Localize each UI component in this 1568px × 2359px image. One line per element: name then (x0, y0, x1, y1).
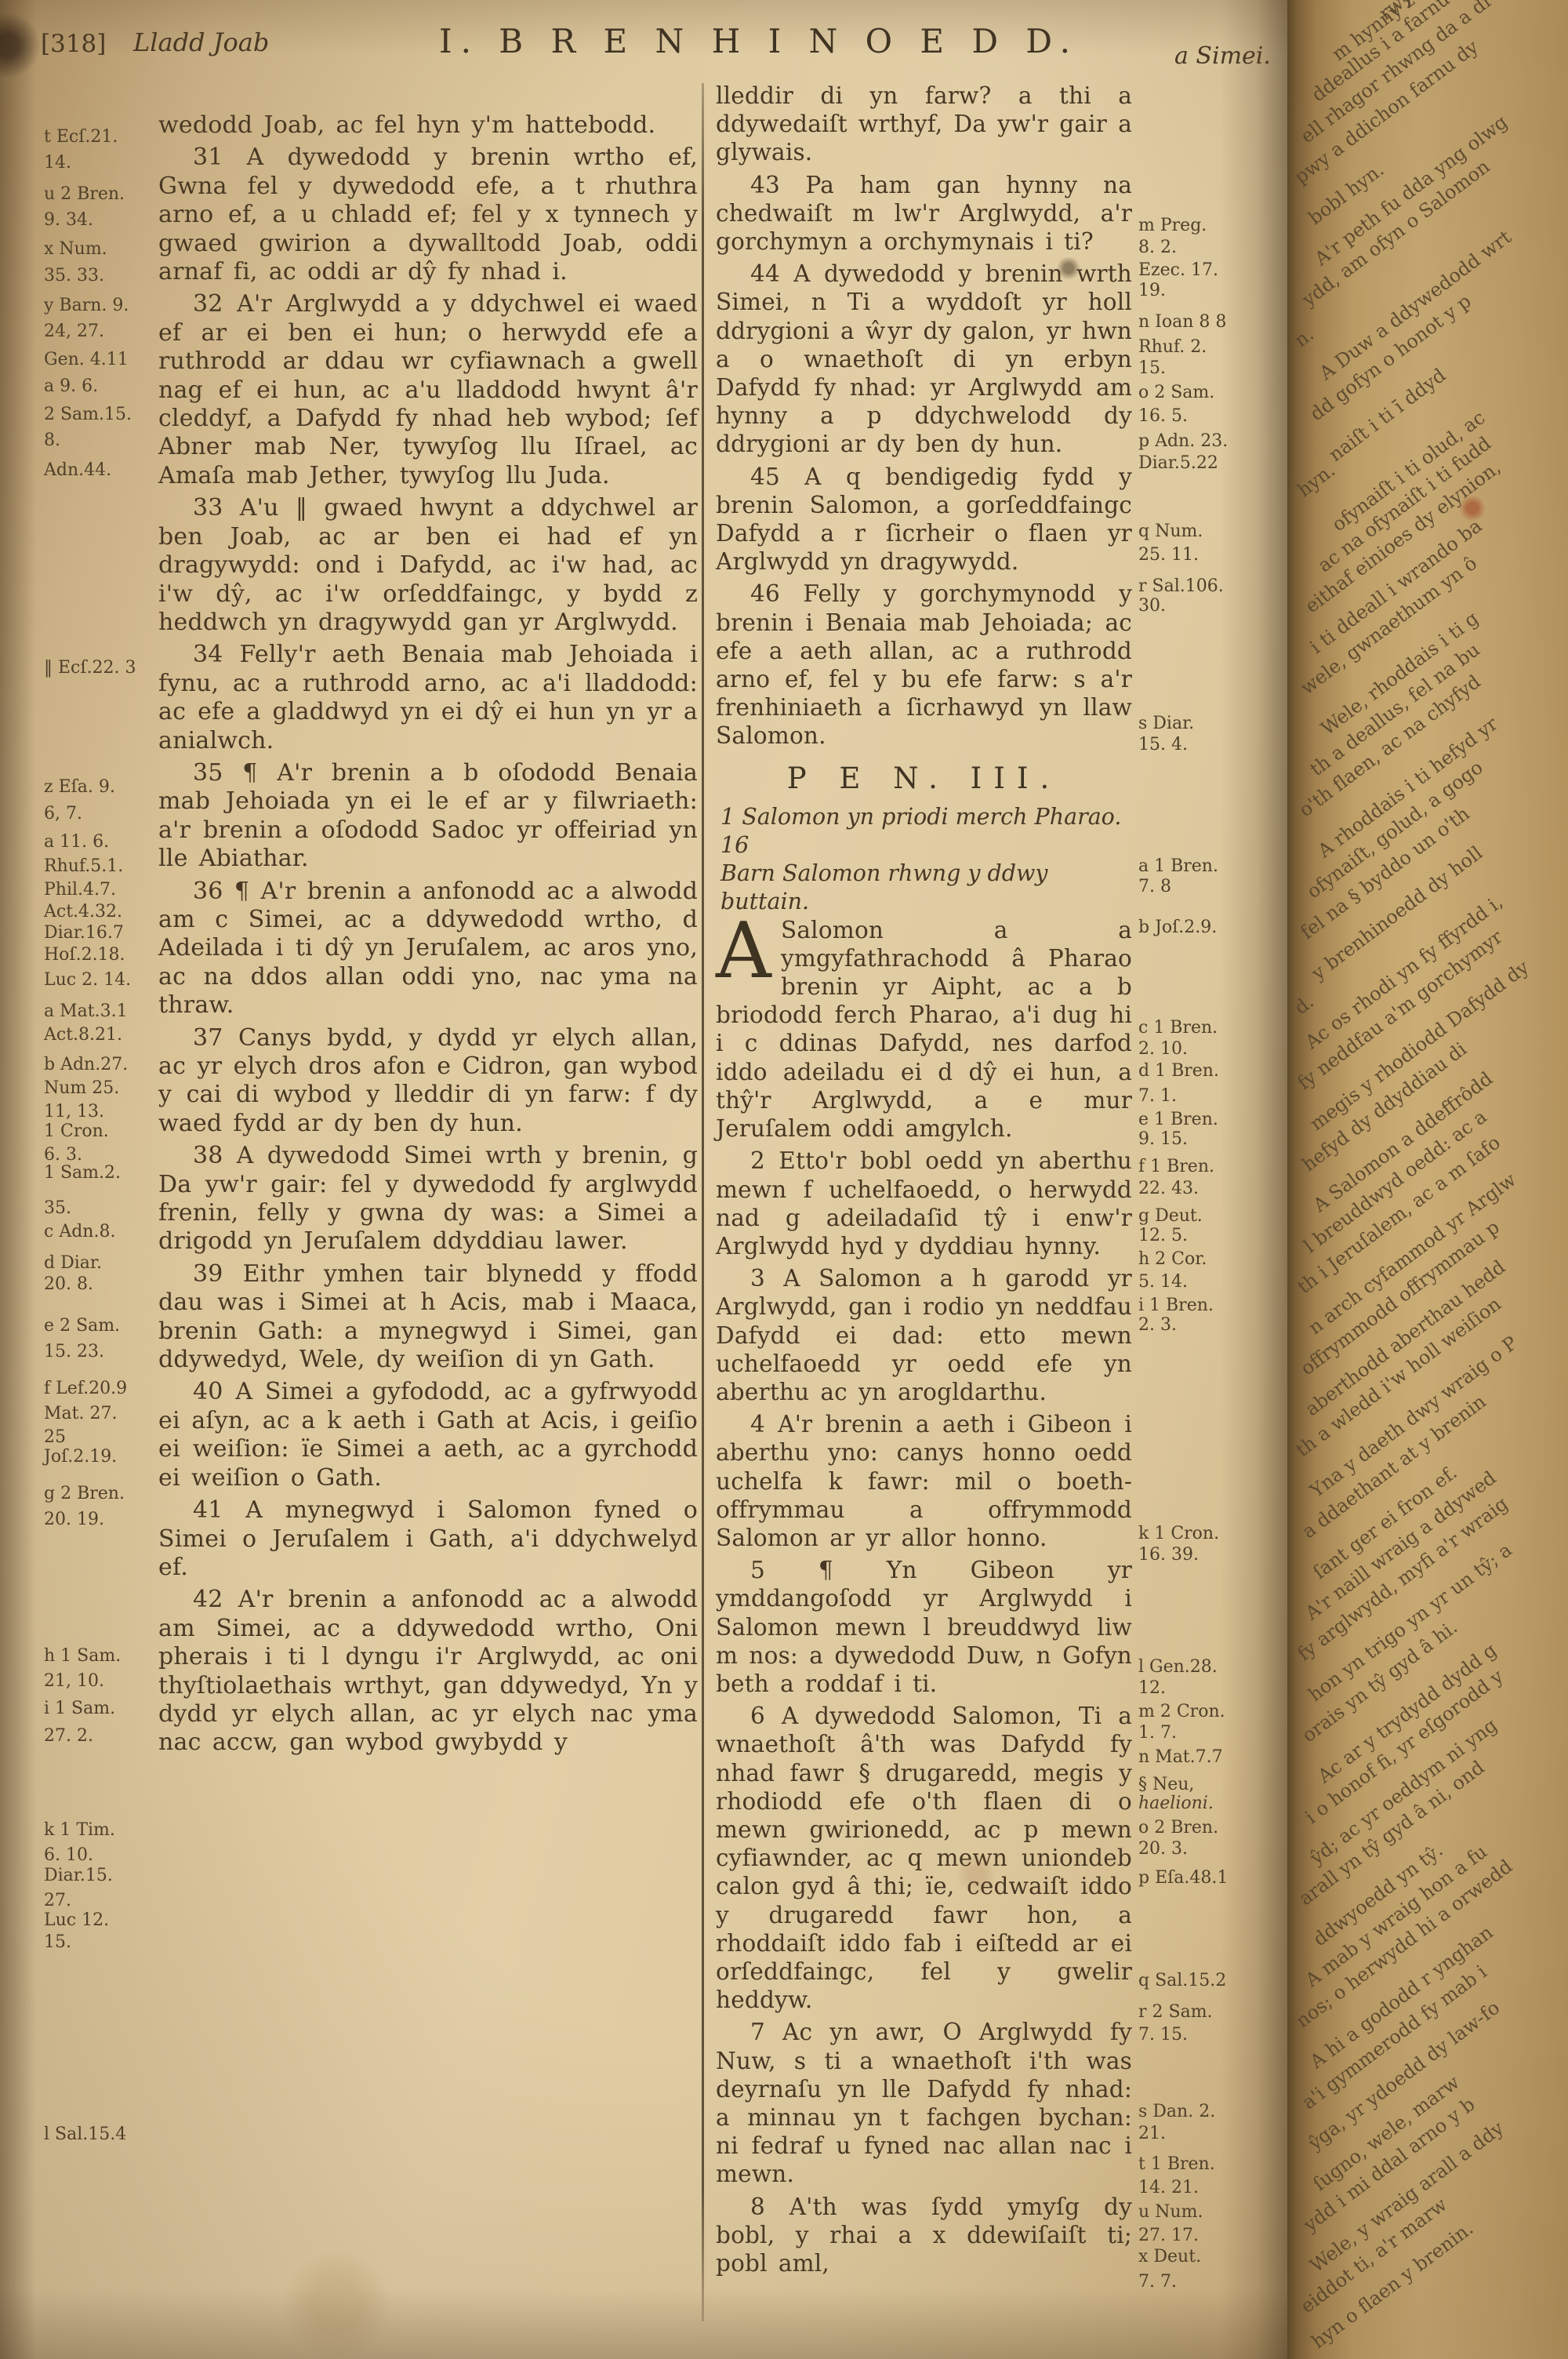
margin-note: q Sal.15.2 (1138, 1972, 1226, 1990)
margin-note: 16. 39. (1138, 1546, 1199, 1565)
margin-note: 20. 19. (44, 1510, 104, 1529)
left-text-column: wedodd Joab, ac fel hyn y'm hattebodd.31… (158, 111, 698, 1761)
margin-note: 20. 8. (44, 1275, 93, 1294)
margin-note: 19. (1138, 282, 1166, 300)
margin-note: 6. 3. (44, 1146, 82, 1165)
margin-note: e 2 Sam. (44, 1317, 120, 1336)
margin-note: z Eſa. 9. (44, 778, 115, 797)
margin-note: 9. 15. (1138, 1130, 1188, 1149)
margin-note: x Num. (44, 240, 107, 259)
margin-note: 16. 5. (1138, 407, 1188, 426)
chapter-argument: 1 Salomon yn priodi merch Pharao. 16 (716, 803, 1132, 860)
chapter-argument: Barn Salomon rhwng y ddwy buttain. (716, 860, 1132, 916)
margin-note: Rhuf. 2. (1138, 338, 1207, 357)
verse-paragraph: 33 A'u ‖ gwaed hwynt a ddychwel ar ben J… (158, 494, 698, 637)
margin-note: 27. 17. (1138, 2226, 1199, 2245)
margin-note: a 1 Bren. (1138, 857, 1218, 876)
margin-note: 6. 10. (44, 1846, 93, 1865)
margin-note: d 1 Bren. (1138, 1062, 1219, 1081)
margin-note: q Num. (1138, 522, 1203, 541)
margin-note: 35. 33. (44, 267, 104, 285)
margin-note: f 1 Bren. (1138, 1158, 1214, 1176)
margin-note: Gen. 4.11 (44, 351, 129, 369)
verse-paragraph: lleddir di yn farw? a thi a ddywedaiſt w… (716, 82, 1132, 167)
margin-note: i 1 Bren. (1138, 1296, 1214, 1315)
margin-note: g 2 Bren. (44, 1485, 125, 1503)
margin-note: 15. (44, 1933, 71, 1952)
margin-note: m Preg. (1138, 216, 1207, 235)
verse-paragraph: 8 A'th was ſydd ymyſg dy bobl, y rhai a … (716, 2193, 1132, 2278)
margin-note: k 1 Cron. (1138, 1525, 1219, 1543)
margin-note: a Mat.3.1 (44, 1002, 128, 1021)
margin-note: Rhuf.5.1. (44, 857, 123, 876)
margin-note: s Dan. 2. (1138, 2103, 1215, 2121)
margin-note: Diar.5.22 (1138, 454, 1218, 473)
margin-note: 8. (44, 431, 60, 450)
margin-note: y Barn. 9. (44, 296, 129, 315)
margin-note: Joſ.2.19. (44, 1448, 117, 1467)
column-divider-rule (702, 83, 704, 2321)
margin-note: b Joſ.2.9. (1138, 918, 1217, 937)
margin-note: Luc 2. 14. (44, 971, 131, 990)
verse-paragraph: 44 A dywedodd y brenin wrth Simei, n Ti … (716, 260, 1132, 458)
margin-note: t Ecſ.21. (44, 128, 118, 147)
margin-note: 2. 3. (1138, 1316, 1177, 1335)
verse-paragraph: 3 A Salomon a h garodd yr Arglwydd, gan … (716, 1264, 1132, 1406)
adjacent-page-text-fragment: n. (1290, 323, 1318, 351)
verse-paragraph: 40 A Simei a gyfododd, ac a gyfrwyodd ei… (158, 1378, 698, 1492)
margin-note: Adn.44. (44, 461, 111, 480)
margin-note: haelioni. (1138, 1794, 1214, 1813)
verse-paragraph: 37 Canys bydd, y dydd yr elych allan, ac… (158, 1024, 698, 1139)
verse-paragraph: 46 Felly y gorchymynodd y brenin i Benai… (716, 580, 1132, 750)
margin-note: 30. (1138, 597, 1166, 616)
margin-note: 14. 21. (1138, 2179, 1199, 2197)
margin-note: 5. 14. (1138, 1273, 1188, 1292)
margin-note: b Adn.27. (44, 1056, 128, 1074)
adjacent-page-text-fragment: hyn. (1294, 459, 1339, 501)
margin-note: 7. 8 (1138, 878, 1171, 896)
margin-note: 7. 15. (1138, 2026, 1188, 2045)
verse-paragraph: 32 A'r Arglwydd a y ddychwel ei waed ef … (158, 290, 698, 490)
drop-cap: A (716, 916, 781, 980)
margin-note: 9. 34. (44, 211, 93, 230)
verse-paragraph: 42 A'r brenin a anfonodd ac a alwodd am … (158, 1586, 698, 1757)
running-title-left: Lladd Joab (133, 27, 269, 57)
verse-paragraph: 41 A mynegwyd i Salomon fyned o Simei o … (158, 1496, 698, 1582)
verse-paragraph: 38 A dywedodd Simei wrth y brenin, g Da … (158, 1142, 698, 1256)
page-number: [318] (41, 30, 106, 58)
margin-note: o 2 Sam. (1138, 383, 1214, 402)
margin-note: o 2 Bren. (1138, 1819, 1218, 1837)
margin-note: 8. 2. (1138, 238, 1177, 257)
margin-note: 2. 10. (1138, 1040, 1188, 1059)
margin-note: Mat. 27. (44, 1405, 117, 1423)
page-gutter-shadow (1220, 0, 1287, 2359)
margin-note: u 2 Bren. (44, 185, 125, 204)
bible-page-scan: [318] Lladd Joab I. B R E N H I N O E D … (0, 0, 1568, 2359)
right-text-column: lleddir di yn farw? a thi a ddywedaiſt w… (716, 82, 1132, 2281)
margin-note: 15. 23. (44, 1343, 104, 1361)
margin-note: 12. (1138, 1679, 1166, 1698)
margin-note: n Mat.7.7 (1138, 1748, 1223, 1767)
margin-note: s Diar. (1138, 714, 1194, 733)
margin-note: l Gen.28. (1138, 1658, 1218, 1677)
margin-note: h 1 Sam. (44, 1647, 121, 1666)
chapter-heading: P E N. III. (716, 761, 1132, 795)
margin-note: 25. 11. (1138, 546, 1199, 565)
margin-note: 27. (44, 1892, 71, 1910)
verse-paragraph: 45 A q bendigedig fydd y brenin Salomon,… (716, 463, 1132, 576)
margin-note: i 1 Sam. (44, 1699, 115, 1718)
margin-note: r 2 Sam. (1138, 2003, 1213, 2022)
margin-note: Hoſ.2.18. (44, 946, 125, 965)
verse-paragraph: ASalomon a a ymgyfathrachodd â Pharao br… (716, 916, 1132, 1143)
margin-note: h 2 Cor. (1138, 1250, 1207, 1269)
margin-note: 27. 2. (44, 1727, 93, 1746)
margin-note: 15. 4. (1138, 736, 1188, 754)
adjacent-page-text-fragment: l breuddwyd oedd: ac a (1300, 1106, 1491, 1258)
margin-note: r Sal.106. (1138, 577, 1224, 596)
margin-note: 25 (44, 1428, 66, 1447)
verse-paragraph: wedodd Joab, ac fel hyn y'm hattebodd. (158, 111, 698, 140)
margin-note: t 1 Bren. (1138, 2155, 1215, 2174)
margin-note: k 1 Tim. (44, 1821, 115, 1840)
margin-note: 7. 7. (1138, 2273, 1177, 2292)
margin-note: a 9. 6. (44, 377, 98, 396)
verse-paragraph: 5 ¶ Yn Gibeon yr ymddangoſodd yr Arglwyd… (716, 1556, 1132, 1698)
margin-note: Act.8.21. (44, 1026, 122, 1045)
margin-note: Diar.16.7 (44, 924, 124, 943)
margin-note: x Deut. (1138, 2248, 1201, 2266)
verse-paragraph: 6 A dywedodd Salomon, Ti a wnaethoſt â't… (716, 1702, 1132, 2014)
margin-note: 1 Cron. (44, 1122, 109, 1141)
margin-note: 15. (1138, 359, 1166, 378)
verse-paragraph: 31 A dywedodd y brenin wrtho ef, Gwna fe… (158, 144, 698, 286)
adjacent-page-text-fragment: A mab y wraig hon a fu (1301, 1841, 1491, 1991)
margin-note: 21. (1138, 2125, 1166, 2143)
margin-note: 14. (44, 154, 71, 173)
margin-note: e 1 Bren. (1138, 1110, 1218, 1129)
margin-note: Ezec. 17. (1138, 261, 1218, 280)
margin-note: Phil.4.7. (44, 881, 116, 900)
margin-note: a 11. 6. (44, 833, 109, 852)
margin-note: f Lef.20.9 (44, 1379, 127, 1398)
margin-note: 22. 43. (1138, 1179, 1199, 1198)
verse-paragraph: 35 ¶ A'r brenin a b oſododd Benaia mab J… (158, 759, 698, 874)
verse-paragraph: 43 Pa ham gan hynny na chedwaiſt m lw'r … (716, 171, 1132, 256)
verse-paragraph: 36 ¶ A'r brenin a anfonodd ac a alwodd a… (158, 878, 698, 1020)
margin-note: n Ioan 8 8 (1138, 313, 1226, 332)
margin-note: 21, 10. (44, 1672, 104, 1691)
margin-note: 6, 7. (44, 805, 82, 823)
margin-note: 24, 27. (44, 322, 104, 341)
verse-paragraph: 34 Felly'r aeth Benaia mab Jehoiada i fy… (158, 641, 698, 755)
margin-note: Act.4.32. (44, 903, 122, 921)
margin-note: d Diar. (44, 1254, 102, 1273)
margin-note: 20. 3. (1138, 1840, 1188, 1859)
margin-note: 12. 5. (1138, 1227, 1188, 1245)
margin-note: c 1 Bren. (1138, 1019, 1218, 1038)
margin-note: ‖ Ecſ.22. 3 (44, 659, 136, 678)
margin-note: Num 25. (44, 1079, 119, 1098)
margin-note: 2 Sam.15. (44, 405, 132, 424)
adjacent-page-text-fragment: ydd, am ofyn o Salomon (1298, 155, 1494, 311)
margin-note: 1. 7. (1138, 1724, 1177, 1743)
margin-note: m 2 Cron. (1138, 1703, 1225, 1721)
margin-note: l Sal.15.4 (44, 2125, 126, 2144)
book-title: I. B R E N H I N O E D D. (439, 22, 1035, 60)
margin-note: c Adn.8. (44, 1223, 115, 1241)
next-page-edge: rwydd.m hynny z dyro i'thddeallus i a fa… (1287, 0, 1568, 2359)
margin-note: 35. (44, 1199, 71, 1218)
margin-note: p Adn. 23. (1138, 432, 1228, 451)
margin-note: 11, 13. (44, 1103, 104, 1121)
margin-note: 7. 1. (1138, 1087, 1177, 1106)
adjacent-page-text-fragment: d. (1290, 990, 1318, 1019)
margin-note: § Neu, (1138, 1776, 1194, 1794)
verse-paragraph: 39 Eithr ymhen tair blynedd y ffodd dau … (158, 1260, 698, 1375)
verse-paragraph: 2 Etto'r bobl oedd yn aberthu mewn f uch… (716, 1147, 1132, 1260)
verse-paragraph: 7 Ac yn awr, O Arglwydd fy Nuw, s ti a w… (716, 2018, 1132, 2188)
margin-note: 1 Sam.2. (44, 1164, 121, 1183)
margin-note: p Eſa.48.1 (1138, 1869, 1228, 1888)
margin-note: g Deut. (1138, 1207, 1203, 1226)
verse-paragraph: 4 A'r brenin a aeth i Gibeon i aberthu y… (716, 1410, 1132, 1552)
margin-note: u Num. (1138, 2203, 1203, 2222)
margin-note: Diar.15. (44, 1866, 113, 1885)
margin-note: Luc 12. (44, 1911, 109, 1930)
